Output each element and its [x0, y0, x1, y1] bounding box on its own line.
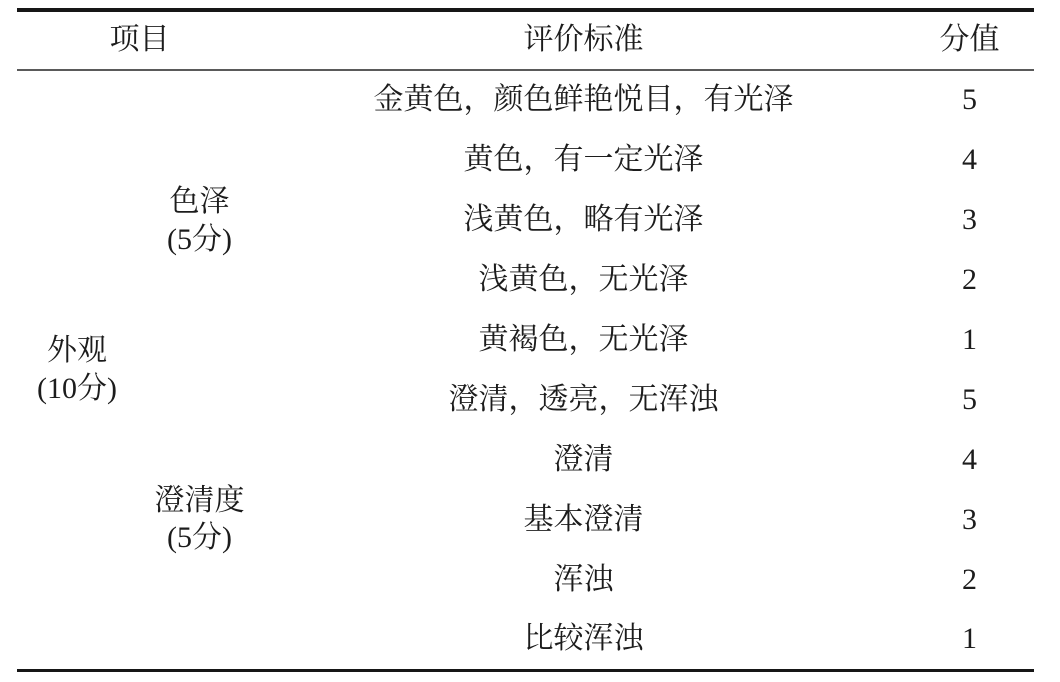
score-cell: 2: [905, 550, 1034, 610]
score-cell: 4: [905, 430, 1034, 490]
criteria-cell: 金黄色，颜色鲜艳悦目，有光泽: [262, 70, 905, 130]
subgroup-points: (5分): [137, 221, 262, 259]
criteria-cell: 澄清: [262, 430, 905, 490]
score-cell: 1: [905, 610, 1034, 670]
table-row: 外观 (10分) 色泽 (5分) 金黄色，颜色鲜艳悦目，有光泽 5: [17, 70, 1034, 130]
criteria-cell: 澄清，透亮，无浑浊: [262, 370, 905, 430]
criteria-cell: 浅黄色，略有光泽: [262, 190, 905, 250]
header-cell-item: 项目: [17, 10, 262, 70]
subgroup-label: 澄清度: [137, 482, 262, 520]
score-cell: 4: [905, 130, 1034, 190]
score-cell: 5: [905, 70, 1034, 130]
header-cell-score: 分值: [905, 10, 1034, 70]
group-points: (10分): [17, 370, 137, 408]
criteria-cell: 浑浊: [262, 550, 905, 610]
score-cell: 5: [905, 370, 1034, 430]
score-cell: 3: [905, 190, 1034, 250]
criteria-cell: 基本澄清: [262, 490, 905, 550]
criteria-cell: 黄色，有一定光泽: [262, 130, 905, 190]
criteria-cell: 浅黄色，无光泽: [262, 250, 905, 310]
group-label: 外观: [17, 332, 137, 370]
group-cell-appearance: 外观 (10分): [17, 70, 137, 670]
score-cell: 3: [905, 490, 1034, 550]
evaluation-table-container: 项目 评价标准 分值 外观 (10分) 色泽 (5分) 金黄色，颜色鲜艳悦目，有…: [17, 8, 1034, 672]
subgroup-cell-color: 色泽 (5分): [137, 70, 262, 370]
table-row: 澄清度 (5分) 澄清，透亮，无浑浊 5: [17, 370, 1034, 430]
score-cell: 1: [905, 310, 1034, 370]
score-cell: 2: [905, 250, 1034, 310]
evaluation-table: 项目 评价标准 分值 外观 (10分) 色泽 (5分) 金黄色，颜色鲜艳悦目，有…: [17, 8, 1034, 672]
subgroup-cell-clarity: 澄清度 (5分): [137, 370, 262, 670]
subgroup-label: 色泽: [137, 183, 262, 221]
criteria-cell: 比较浑浊: [262, 610, 905, 670]
subgroup-points: (5分): [137, 519, 262, 557]
header-cell-criteria: 评价标准: [262, 10, 905, 70]
header-row: 项目 评价标准 分值: [17, 10, 1034, 70]
criteria-cell: 黄褐色，无光泽: [262, 310, 905, 370]
